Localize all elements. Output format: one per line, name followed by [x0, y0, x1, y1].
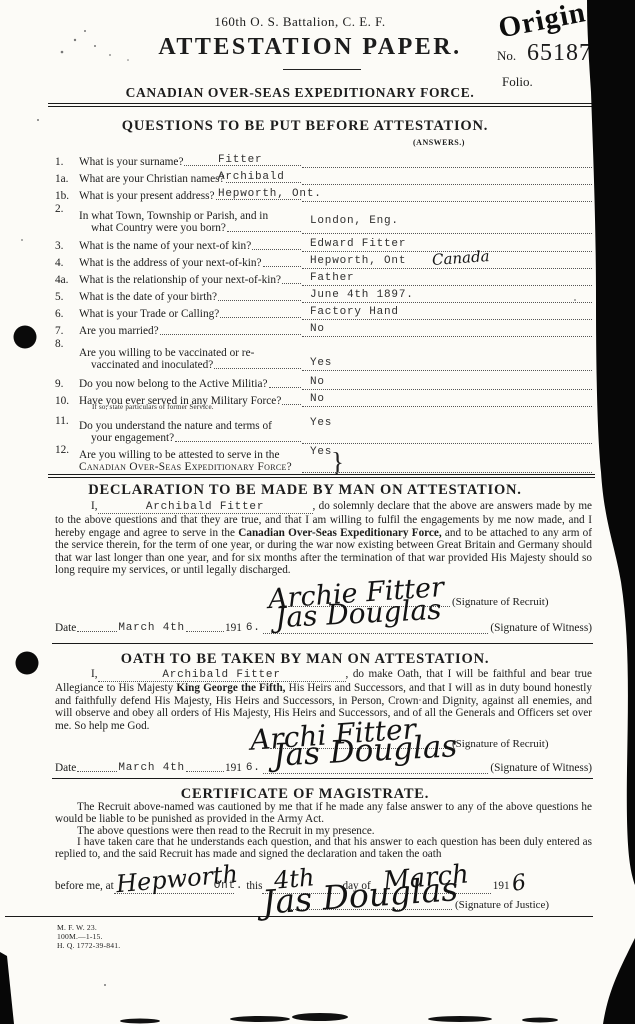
certificate-paragraphs: The Recruit above-named was cautioned by… — [55, 802, 592, 861]
dotted-leader — [175, 441, 301, 442]
witness-signature-label: (Signature of Witness) — [490, 622, 592, 634]
oath-body-bold: King George the Fifth, — [176, 682, 285, 694]
answer-handwritten: Canada — [431, 247, 490, 269]
scan-smudge — [428, 1016, 492, 1022]
question-number: 12. — [55, 444, 79, 456]
question-row-5: 5. What is the date of your birth? June … — [55, 287, 592, 303]
date-value: March 4th — [118, 762, 185, 774]
this-label: this — [246, 880, 262, 892]
question-text: What are your Christian names? — [79, 173, 225, 185]
hole-punch-top — [14, 326, 37, 349]
recruit-signature-label: (Signature of Recruit) — [452, 596, 549, 608]
question-row-1a: 1a. What are your Christian names? Archi… — [55, 169, 592, 185]
header-divider — [48, 103, 595, 107]
answers-label: (ANSWERS.) — [413, 138, 465, 147]
place-line: Hepworth — [114, 879, 234, 894]
place-handwritten: Hepworth — [115, 860, 239, 899]
answer-line: No — [302, 321, 592, 337]
question-text: Are you willing to be attested to serve … — [79, 449, 302, 473]
year-suffix: 6. — [246, 762, 261, 774]
question-line1: Are you willing to be vaccinated or re- — [79, 347, 254, 359]
witness-signature-line: Jas Douglas — [263, 759, 489, 774]
oath-heading: OATH TO BE TAKEN BY MAN ON ATTESTATION. — [0, 651, 610, 668]
form-code-line3: H. Q. 1772-39-841. — [57, 941, 120, 950]
dotted-leader — [77, 771, 117, 772]
certificate-para1: The Recruit above-named was cautioned by… — [55, 802, 592, 826]
number-label: No. — [497, 48, 516, 64]
answer-value: Hepworth, Ont — [310, 255, 406, 267]
question-subnote: If so, state particulars of former Servi… — [92, 403, 214, 411]
question-text: What is the address of your next-of-kin? — [79, 257, 262, 269]
answer-line: London, Eng. — [302, 218, 592, 234]
question-line2: vaccinated and inoculated? — [91, 359, 213, 371]
answer-line: Hepworth, Ont. — [302, 186, 592, 202]
witness-signature-line: Jas Douglas — [263, 619, 489, 634]
year-prefix: 191 — [225, 762, 242, 774]
question-row-1: 1. What is your surname? Fitter — [55, 152, 592, 168]
declaration-divider — [52, 643, 593, 644]
answer-value: No — [310, 393, 325, 405]
questions-divider — [48, 474, 595, 478]
question-row-4: 4. What is the address of your next-of-k… — [55, 253, 592, 269]
year-prefix: 191 — [225, 622, 242, 634]
answer-value: No — [310, 376, 325, 388]
form-code-line1: M. F. W. 23. — [57, 923, 120, 932]
question-text: What is your Trade or Calling? — [79, 308, 219, 320]
question-line2: what Country were you born? — [91, 222, 226, 234]
answer-value: Yes — [310, 417, 332, 429]
declaration-heading: DECLARATION TO BE MADE BY MAN ON ATTESTA… — [0, 482, 610, 499]
answer-value: London, Eng. — [310, 215, 399, 227]
question-number: 9. — [55, 378, 79, 390]
question-number: 4a. — [55, 274, 79, 286]
answer-line: Fitter — [302, 152, 592, 168]
answer-line: Yes — [302, 457, 592, 473]
justice-signature-label: (Signature of Justice) — [455, 899, 549, 911]
question-text: What is the date of your birth? — [79, 291, 217, 303]
answer-value: Hepworth, Ont. — [218, 188, 322, 200]
dotted-leader — [252, 249, 301, 250]
answer-value: Edward Fitter — [310, 238, 406, 250]
dotted-leader — [77, 631, 117, 632]
question-row-11: 11. Do you understand the nature and ter… — [55, 415, 592, 444]
answer-value: June 4th 1897. — [310, 289, 414, 301]
form-code-line2: 100M.—1-15. — [57, 932, 120, 941]
attestation-paper-page: Original 160th O. S. Battalion, C. E. F.… — [0, 0, 635, 1024]
year-suffix: 6. — [246, 622, 261, 634]
question-line2: your engagement? — [91, 432, 174, 444]
service-number: 65187 — [527, 40, 592, 67]
dotted-leader — [263, 266, 301, 267]
scan-smudge — [120, 1019, 160, 1024]
question-text: What is your surname? — [79, 156, 183, 168]
question-row-6: 6. What is your Trade or Calling? Factor… — [55, 304, 592, 320]
answer-value: Yes — [310, 357, 332, 369]
question-row-4a: 4a. What is the relationship of your nex… — [55, 270, 592, 286]
dotted-leader — [186, 771, 224, 772]
scan-smudge — [230, 1016, 290, 1022]
answer-value: Yes — [310, 446, 332, 458]
declaration-paragraph: I,Archibald Fitter, do solemnly declare … — [55, 500, 592, 576]
declaration-name: Archibald Fitter — [146, 501, 264, 513]
question-number: 5. — [55, 291, 79, 303]
question-line2: Canadian Over-Seas Expeditionary Force? — [79, 461, 292, 473]
year-prefix: 191 — [493, 880, 510, 892]
declaration-name-line: Archibald Fitter — [98, 500, 313, 514]
answer-line: Hepworth, OntCanada — [302, 253, 592, 269]
question-row-8: 8. Are you willing to be vaccinated or r… — [55, 338, 592, 371]
question-number: 2. — [55, 203, 79, 215]
date-label: Date — [55, 622, 76, 634]
question-row-9: 9. Do you now belong to the Active Milit… — [55, 374, 592, 390]
answer-line: Factory Hand — [302, 304, 592, 320]
questions-heading: QUESTIONS TO BE PUT BEFORE ATTESTATION. — [0, 118, 610, 135]
recruit-signature-label: (Signature of Recruit) — [452, 738, 549, 750]
question-text: Do you understand the nature and terms o… — [79, 420, 302, 444]
answer-line: Archibald — [302, 169, 592, 185]
dotted-leader — [269, 387, 301, 388]
question-text: What is your present address? — [79, 190, 215, 202]
question-row-7: 7. Are you married? No — [55, 321, 592, 337]
date-label: Date — [55, 762, 76, 774]
question-number: 8. — [55, 338, 79, 350]
year-handwritten: 6 — [510, 870, 527, 897]
force-title: CANADIAN OVER-SEAS EXPEDITIONARY FORCE. — [0, 85, 600, 101]
question-text: Do you now belong to the Active Militia? — [79, 378, 268, 390]
question-row-1b: 1b. What is your present address? Hepwor… — [55, 186, 592, 202]
answer-line: No — [302, 374, 592, 390]
scan-smudge — [292, 1013, 348, 1021]
certificate-para3: I have taken care that he understands ea… — [55, 837, 592, 861]
question-number: 10. — [55, 395, 79, 407]
scan-black-corner-bottom-right — [603, 938, 635, 1024]
question-number: 7. — [55, 325, 79, 337]
before-me-label: before me, at — [55, 880, 114, 892]
oath-name: Archibald Fitter — [162, 669, 280, 681]
answer-value: Archibald — [218, 171, 285, 183]
form-print-codes: M. F. W. 23. 100M.—1-15. H. Q. 1772-39-8… — [57, 923, 120, 951]
question-row-12: 12. Are you willing to be attested to se… — [55, 444, 592, 473]
question-line1: Do you understand the nature and terms o… — [79, 420, 272, 432]
date-value: March 4th — [118, 622, 185, 634]
dotted-leader — [160, 334, 301, 335]
dotted-leader — [227, 231, 301, 232]
question-number: 1b. — [55, 190, 79, 202]
title-underline — [283, 69, 361, 70]
oath-divider — [52, 778, 593, 779]
question-number: 6. — [55, 308, 79, 320]
question-text: Are you married? — [79, 325, 159, 337]
answer-line: Father — [302, 270, 592, 286]
question-number: 3. — [55, 240, 79, 252]
scan-smudge — [522, 1018, 558, 1023]
dotted-leader — [282, 283, 301, 284]
question-number: 1a. — [55, 173, 79, 185]
answer-line: Yes — [302, 428, 592, 444]
answer-value: No — [310, 323, 325, 335]
scan-black-corner-bottom-left — [0, 952, 14, 1024]
answer-line: Yes — [302, 355, 592, 371]
question-number: 11. — [55, 415, 79, 427]
question-line1: In what Town, Township or Parish, and in — [79, 210, 268, 222]
dotted-leader — [186, 631, 224, 632]
witness-signature-label: (Signature of Witness) — [490, 762, 592, 774]
question-text: What is the relationship of your next-of… — [79, 274, 281, 286]
answer-value: Fitter — [218, 154, 262, 166]
dotted-leader — [282, 404, 301, 405]
dotted-leader — [218, 300, 301, 301]
question-number: 1. — [55, 156, 79, 168]
dotted-leader — [214, 368, 301, 369]
dotted-leader — [220, 317, 301, 318]
answer-line: No — [302, 391, 592, 407]
question-number: 4. — [55, 257, 79, 269]
answer-value: Father — [310, 272, 354, 284]
question-row-2: 2. In what Town, Township or Parish, and… — [55, 203, 592, 234]
declaration-date-row: Date March 4th 191 6. Jas Douglas (Signa… — [55, 616, 592, 634]
declaration-body-bold: Canadian Over-Seas Expeditionary Force, — [238, 527, 441, 539]
oath-name-line: Archibald Fitter — [98, 668, 346, 682]
question-row-3: 3. What is the name of your next-of kin?… — [55, 236, 592, 252]
question-line1: Are you willing to be attested to serve … — [79, 449, 279, 461]
answer-value: Factory Hand — [310, 306, 399, 318]
answer-line: June 4th 1897. — [302, 287, 592, 303]
question-text: Are you willing to be vaccinated or re- … — [79, 347, 302, 371]
oath-date-row: Date March 4th 191 6. Jas Douglas (Signa… — [55, 756, 592, 774]
question-text: In what Town, Township or Parish, and in… — [79, 210, 302, 234]
question-text: What is the name of your next-of kin? — [79, 240, 251, 252]
